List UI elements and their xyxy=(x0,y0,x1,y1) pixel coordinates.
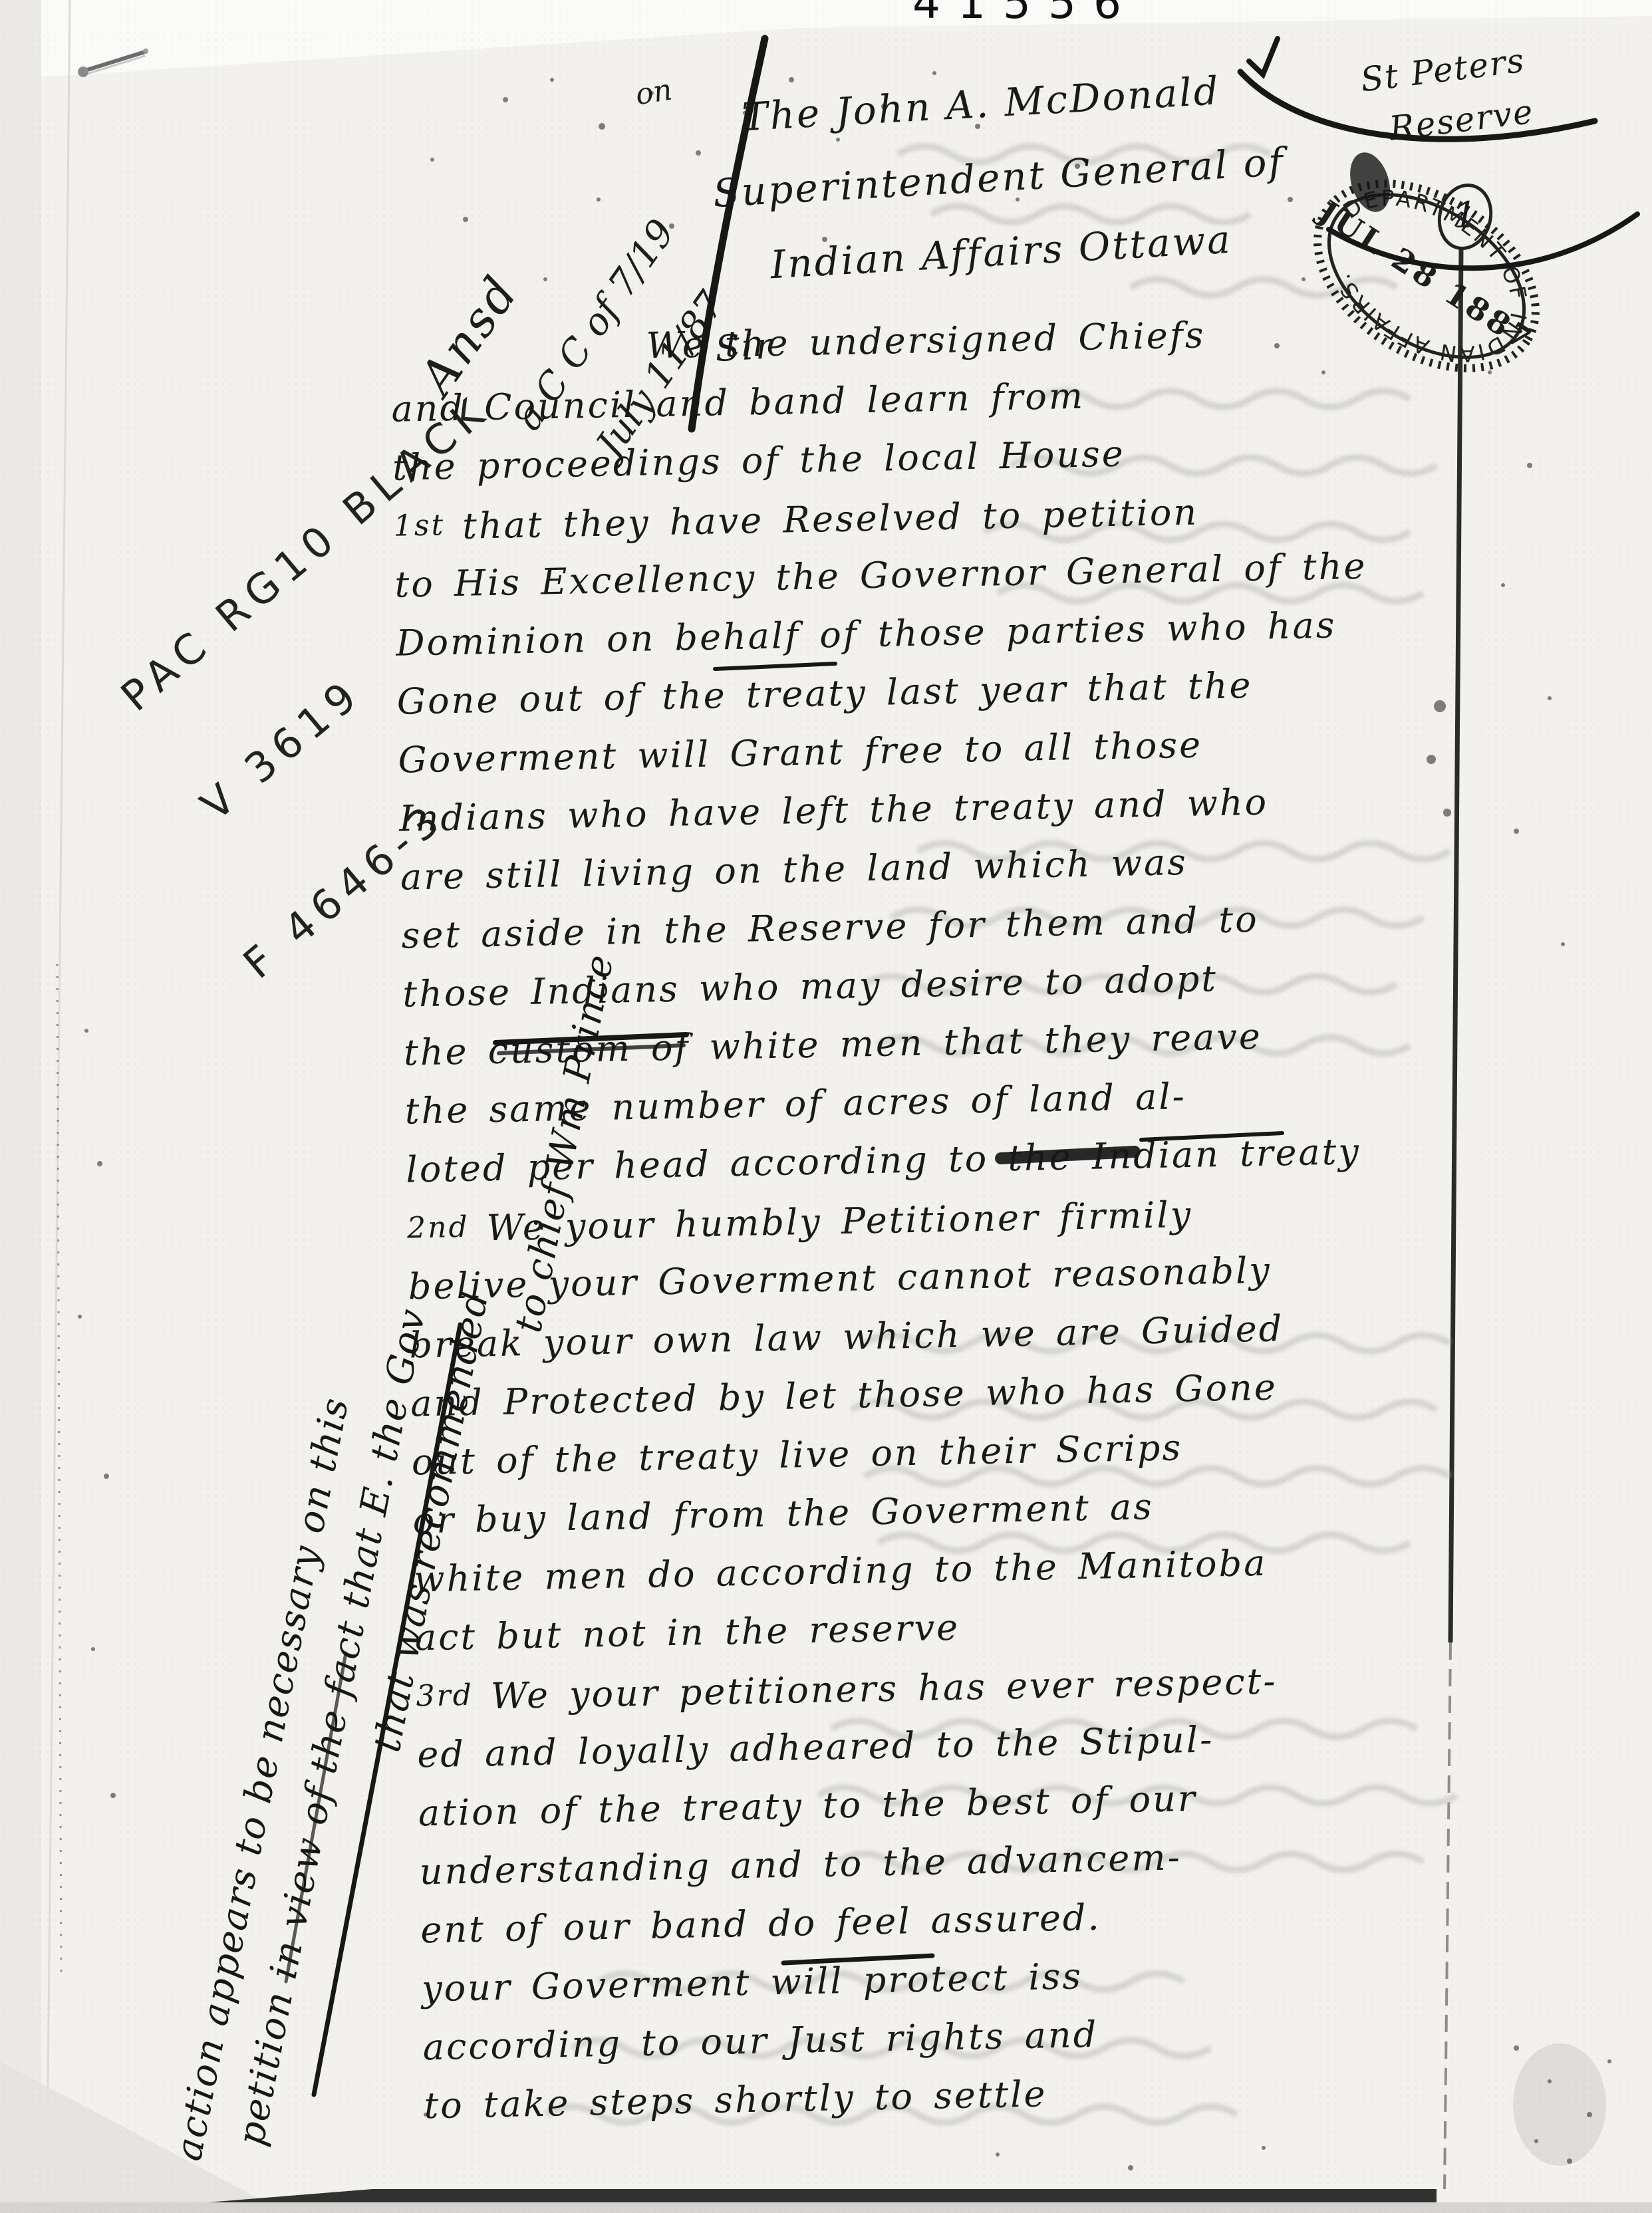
letter-line-text: according to our Just rights and xyxy=(422,2014,1099,2068)
speckle xyxy=(1607,2059,1611,2063)
speckle xyxy=(543,277,547,281)
speckle xyxy=(550,78,554,82)
left-crease xyxy=(47,0,70,2213)
speckle xyxy=(430,158,434,162)
speckle xyxy=(104,1474,109,1479)
letter-line-text: ent of our band do feel assured. xyxy=(420,1896,1101,1952)
speckle xyxy=(1561,942,1565,946)
file-number-clipped: 41556 xyxy=(912,0,1139,29)
bottom-scan-edge xyxy=(93,2189,1437,2213)
letter-line-text: We your petitioners has ever respect- xyxy=(490,1660,1278,1718)
clause-number: 1st xyxy=(393,496,463,556)
speckle xyxy=(1548,696,1552,700)
speckle xyxy=(78,1315,82,1319)
letter-line-text: understanding and to the advancem- xyxy=(419,1836,1182,1892)
speckle xyxy=(110,1793,116,1798)
speckle xyxy=(1587,2112,1592,2117)
fingerprint-smudge xyxy=(1513,2043,1606,2166)
letter-line-text: ation of the treaty to the best of our xyxy=(418,1777,1197,1834)
letter-line-text: the proceedings of the local House xyxy=(392,433,1126,489)
speckle xyxy=(1567,2158,1572,2164)
speckle xyxy=(1527,463,1532,468)
speckle xyxy=(1501,583,1505,587)
speckle xyxy=(463,217,468,222)
left-scan-noise-line xyxy=(57,964,61,1982)
page-number-circled: 1 xyxy=(1429,177,1502,257)
letter-line-text: We the undersigned Chiefs xyxy=(646,314,1206,366)
letter-line-text: Dominion on behalf of those parties who … xyxy=(396,604,1337,664)
left-edge-strip xyxy=(0,0,41,2213)
docket-annotation: on xyxy=(633,72,674,112)
letter-line-text: to take steps shortly to settle xyxy=(424,2073,1047,2127)
letter-line-text: to His Excellency the Governor General o… xyxy=(394,545,1367,606)
bottom-strip xyxy=(0,2202,1652,2213)
speckle xyxy=(1548,2079,1552,2083)
speckle xyxy=(1288,197,1293,202)
paper-pin xyxy=(78,49,148,77)
speckle xyxy=(1534,2139,1538,2143)
speckle xyxy=(1128,2165,1133,2170)
letter-line-text: We your humbly Petitioner firmily xyxy=(486,1194,1193,1249)
page-number: 1 xyxy=(1454,194,1476,236)
speckle xyxy=(1514,829,1519,834)
speckle xyxy=(503,97,508,102)
speckle xyxy=(597,197,601,201)
speckle xyxy=(97,1161,102,1166)
letter-line-text: white men do according to the Manitoba xyxy=(414,1542,1268,1601)
scanned-letter-page: 41556 PAC RG10 BLACK V 3619 F 4646-3 Ans… xyxy=(0,0,1652,2213)
letter-line-text: ed and loyally adheared to the Stipul- xyxy=(417,1718,1214,1775)
letter-line-text: that they have Reselved to petition xyxy=(462,491,1199,547)
archival-mark-volume: V 3619 xyxy=(192,668,372,830)
speckle xyxy=(84,1029,88,1033)
speckle xyxy=(599,123,605,130)
speckle xyxy=(1262,2146,1266,2150)
speckle xyxy=(996,2152,1000,2156)
speckle xyxy=(91,1647,95,1651)
letter-line-text: your Goverment will protect iss xyxy=(421,1955,1083,2010)
letter-line-text: and Council and band learn from xyxy=(391,375,1085,430)
speckle xyxy=(1514,2045,1519,2051)
